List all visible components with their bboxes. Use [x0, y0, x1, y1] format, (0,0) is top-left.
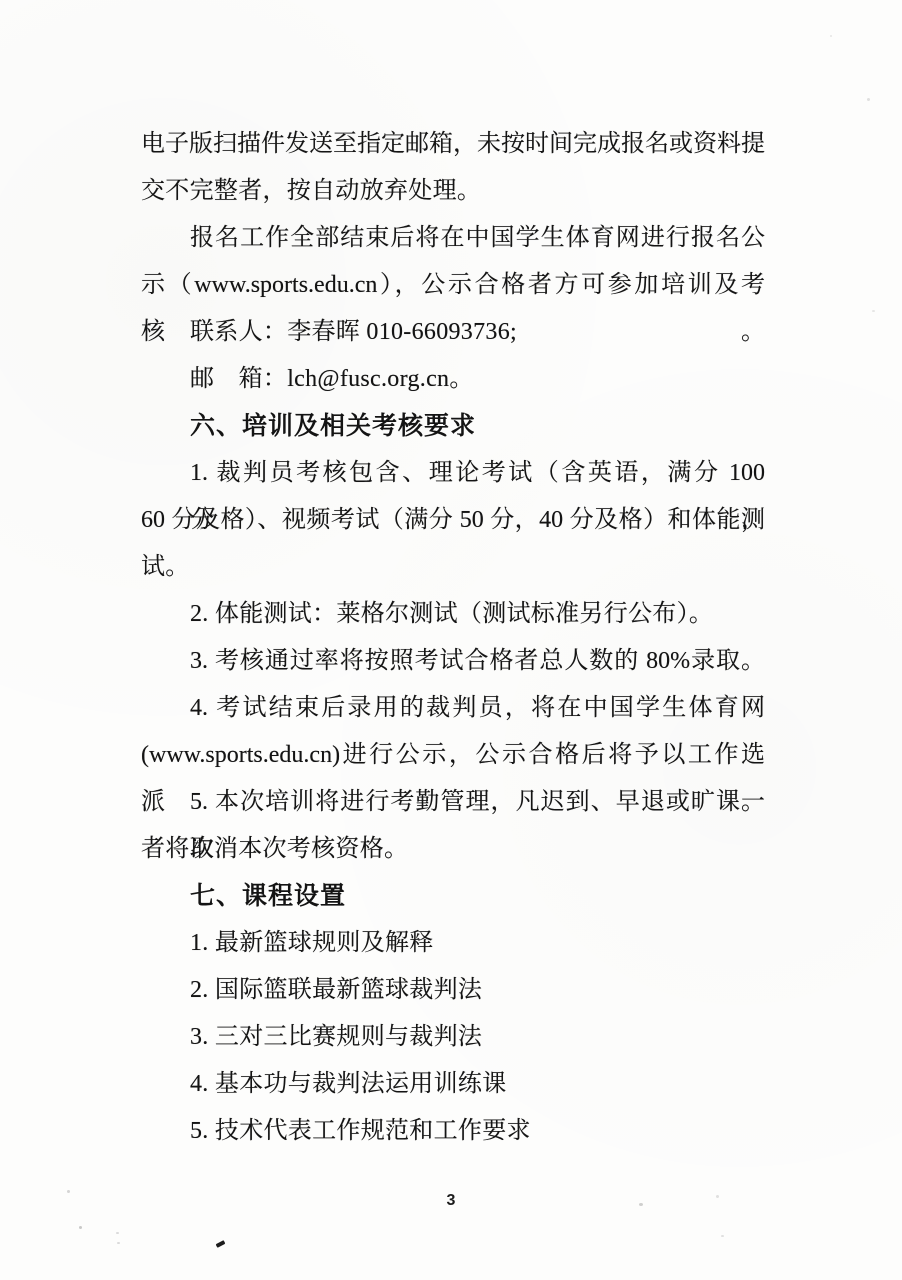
- scan-artifact: [216, 1240, 226, 1248]
- scan-artifact: [721, 1235, 724, 1237]
- body-line-paragraph: 报名工作全部结束后将在中国学生体育网进行报名公: [141, 215, 765, 262]
- contact-email-line: 邮 箱：lch@fusc.org.cn。: [141, 356, 765, 403]
- body-line: 交不完整者，按自动放弃处理。: [141, 168, 765, 215]
- course-list-item: 3. 三对三比赛规则与裁判法: [141, 1014, 765, 1061]
- body-line-continuation: 60 分及格）、视频考试（满分 50 分，40 分及格）和体能测: [141, 497, 765, 544]
- scanned-document-page: 电子版扫描件发送至指定邮箱，未按时间完成报名或资料提 交不完整者，按自动放弃处理…: [0, 0, 902, 1280]
- course-list-item: 1. 最新篮球规则及解释: [141, 920, 765, 967]
- scan-artifact: [117, 1242, 120, 1244]
- list-item: 4. 考试结束后录用的裁判员，将在中国学生体育网: [141, 685, 765, 732]
- body-line: 试。: [141, 544, 765, 591]
- scan-artifact: [867, 98, 870, 101]
- body-line: 者将取消本次考核资格。: [141, 826, 765, 873]
- document-body: 电子版扫描件发送至指定邮箱，未按时间完成报名或资料提 交不完整者，按自动放弃处理…: [141, 121, 765, 1155]
- list-item: 3. 考核通过率将按照考试合格者总人数的 80%录取。: [141, 638, 765, 685]
- course-list-item: 5. 技术代表工作规范和工作要求: [141, 1108, 765, 1155]
- scan-artifact: [79, 1226, 82, 1229]
- section-heading-six: 六、培训及相关考核要求: [141, 403, 765, 450]
- list-item: 1. 裁判员考核包含、理论考试（含英语，满分 100 分，: [141, 450, 765, 497]
- scan-artifact: [830, 35, 832, 37]
- list-item: 2. 体能测试：莱格尔测试（测试标准另行公布）。: [141, 591, 765, 638]
- body-line-continuation: 电子版扫描件发送至指定邮箱，未按时间完成报名或资料提: [141, 121, 765, 168]
- body-line-url: 示（www.sports.edu.cn），公示合格者方可参加培训及考核。: [141, 262, 765, 309]
- page-number: 3: [0, 1192, 902, 1210]
- body-line-url: (www.sports.edu.cn)进行公示，公示合格后将予以工作选派。: [141, 732, 765, 779]
- scan-artifact: [872, 310, 875, 312]
- list-item: 5. 本次培训将进行考勤管理，凡迟到、早退或旷课一次: [141, 779, 765, 826]
- course-list-item: 4. 基本功与裁判法运用训练课: [141, 1061, 765, 1108]
- course-list-item: 2. 国际篮联最新篮球裁判法: [141, 967, 765, 1014]
- scan-artifact: [116, 1232, 119, 1234]
- section-heading-seven: 七、课程设置: [141, 873, 765, 920]
